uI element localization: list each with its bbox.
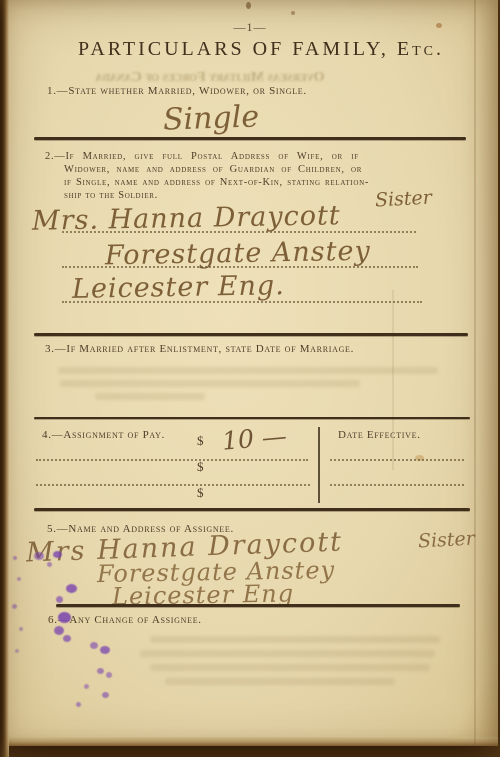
section-3-label: 3.—If Married after Enlistment, state Da… bbox=[45, 343, 354, 355]
table-column-divider bbox=[318, 427, 320, 503]
section-2-label-line1: 2.—If Married, give full Postal Address … bbox=[45, 151, 359, 162]
ink-stain-blob bbox=[97, 668, 104, 674]
date-effective-header: Date Effective. bbox=[338, 429, 421, 441]
section-2-label-line2: Widower, name and address of Guardian of… bbox=[64, 164, 362, 175]
section-5-relationship-handwriting: Sister bbox=[417, 528, 475, 553]
ink-stain-blob bbox=[100, 646, 110, 654]
section-2-entry-city: Leicester Eng. bbox=[72, 270, 285, 305]
showthrough-text-bar bbox=[95, 393, 205, 400]
ink-stain-blob bbox=[47, 562, 52, 567]
ink-stain-blob bbox=[56, 596, 63, 603]
page-number: —1— bbox=[22, 20, 478, 35]
showthrough-text-bar bbox=[140, 650, 435, 657]
showthrough-text-bar bbox=[58, 367, 438, 374]
section-4-amount-handwriting: 10 — bbox=[221, 421, 288, 456]
foxing-speck bbox=[291, 11, 295, 15]
ink-stain-speck bbox=[17, 577, 21, 581]
showthrough-text-bar bbox=[165, 678, 395, 685]
horizontal-rule bbox=[34, 508, 470, 511]
horizontal-rule bbox=[34, 417, 470, 419]
ink-stain-speck bbox=[15, 649, 19, 653]
ink-stain-speck bbox=[19, 627, 23, 631]
ink-stain-blob bbox=[84, 684, 89, 689]
page-stack-bottom-edge bbox=[5, 737, 498, 746]
dotted-line bbox=[62, 231, 416, 233]
showthrough-text-bar bbox=[150, 664, 430, 671]
dotted-line bbox=[330, 459, 464, 461]
ink-stain-blob bbox=[102, 692, 109, 698]
showthrough-text-bar bbox=[60, 380, 360, 387]
currency-sign-row3: $ bbox=[197, 485, 204, 501]
ink-stain-speck bbox=[13, 556, 17, 560]
foxing-speck bbox=[246, 2, 251, 9]
dotted-line bbox=[62, 266, 418, 268]
dotted-line bbox=[62, 301, 422, 303]
ink-stain-blob bbox=[63, 635, 71, 642]
horizontal-rule bbox=[56, 604, 460, 607]
section-6-label: 6.—Any Change of Assignee. bbox=[48, 614, 202, 626]
ink-stain-speck bbox=[12, 604, 17, 609]
currency-sign-row2: $ bbox=[197, 459, 204, 475]
ink-stain-blob bbox=[106, 672, 112, 678]
ink-stain-blob bbox=[58, 612, 71, 623]
scanned-paybook-page: —1— PARTICULARS OF FAMILY, Etc. Overseas… bbox=[0, 0, 500, 757]
dotted-line bbox=[36, 459, 308, 461]
ink-stain-blob bbox=[53, 551, 62, 558]
ink-stain-blob bbox=[90, 642, 98, 649]
section-2-label-line4: ship to the Soldier. bbox=[64, 190, 158, 201]
page-title: PARTICULARS OF FAMILY, Etc. bbox=[22, 38, 500, 61]
currency-sign-row1: $ bbox=[197, 433, 204, 449]
section-2-relationship-handwriting: Sister bbox=[374, 187, 432, 212]
paper-crease-center bbox=[392, 290, 394, 470]
section-1-label: 1.—State whether Married, Widower, or Si… bbox=[47, 85, 307, 97]
ink-stain-blob bbox=[66, 584, 77, 593]
dotted-line bbox=[330, 484, 464, 486]
horizontal-rule bbox=[34, 137, 466, 140]
ink-stain-blob bbox=[76, 702, 81, 707]
paper-crease-right bbox=[474, 0, 476, 746]
section-1-entry-handwriting: Single bbox=[162, 99, 259, 137]
showthrough-header-text: Overseas Military Forces of Canada bbox=[50, 70, 370, 86]
section-2-label-line3: if Single, name and address of Next-of-K… bbox=[64, 177, 369, 188]
dotted-line bbox=[36, 484, 310, 486]
ink-stain-blob bbox=[34, 552, 44, 560]
section-4-label: 4.—Assignment of Pay. bbox=[42, 429, 165, 441]
ink-stain-blob bbox=[54, 626, 64, 635]
showthrough-text-bar bbox=[150, 636, 440, 643]
book-binding-edge bbox=[0, 0, 9, 757]
horizontal-rule bbox=[34, 333, 468, 336]
